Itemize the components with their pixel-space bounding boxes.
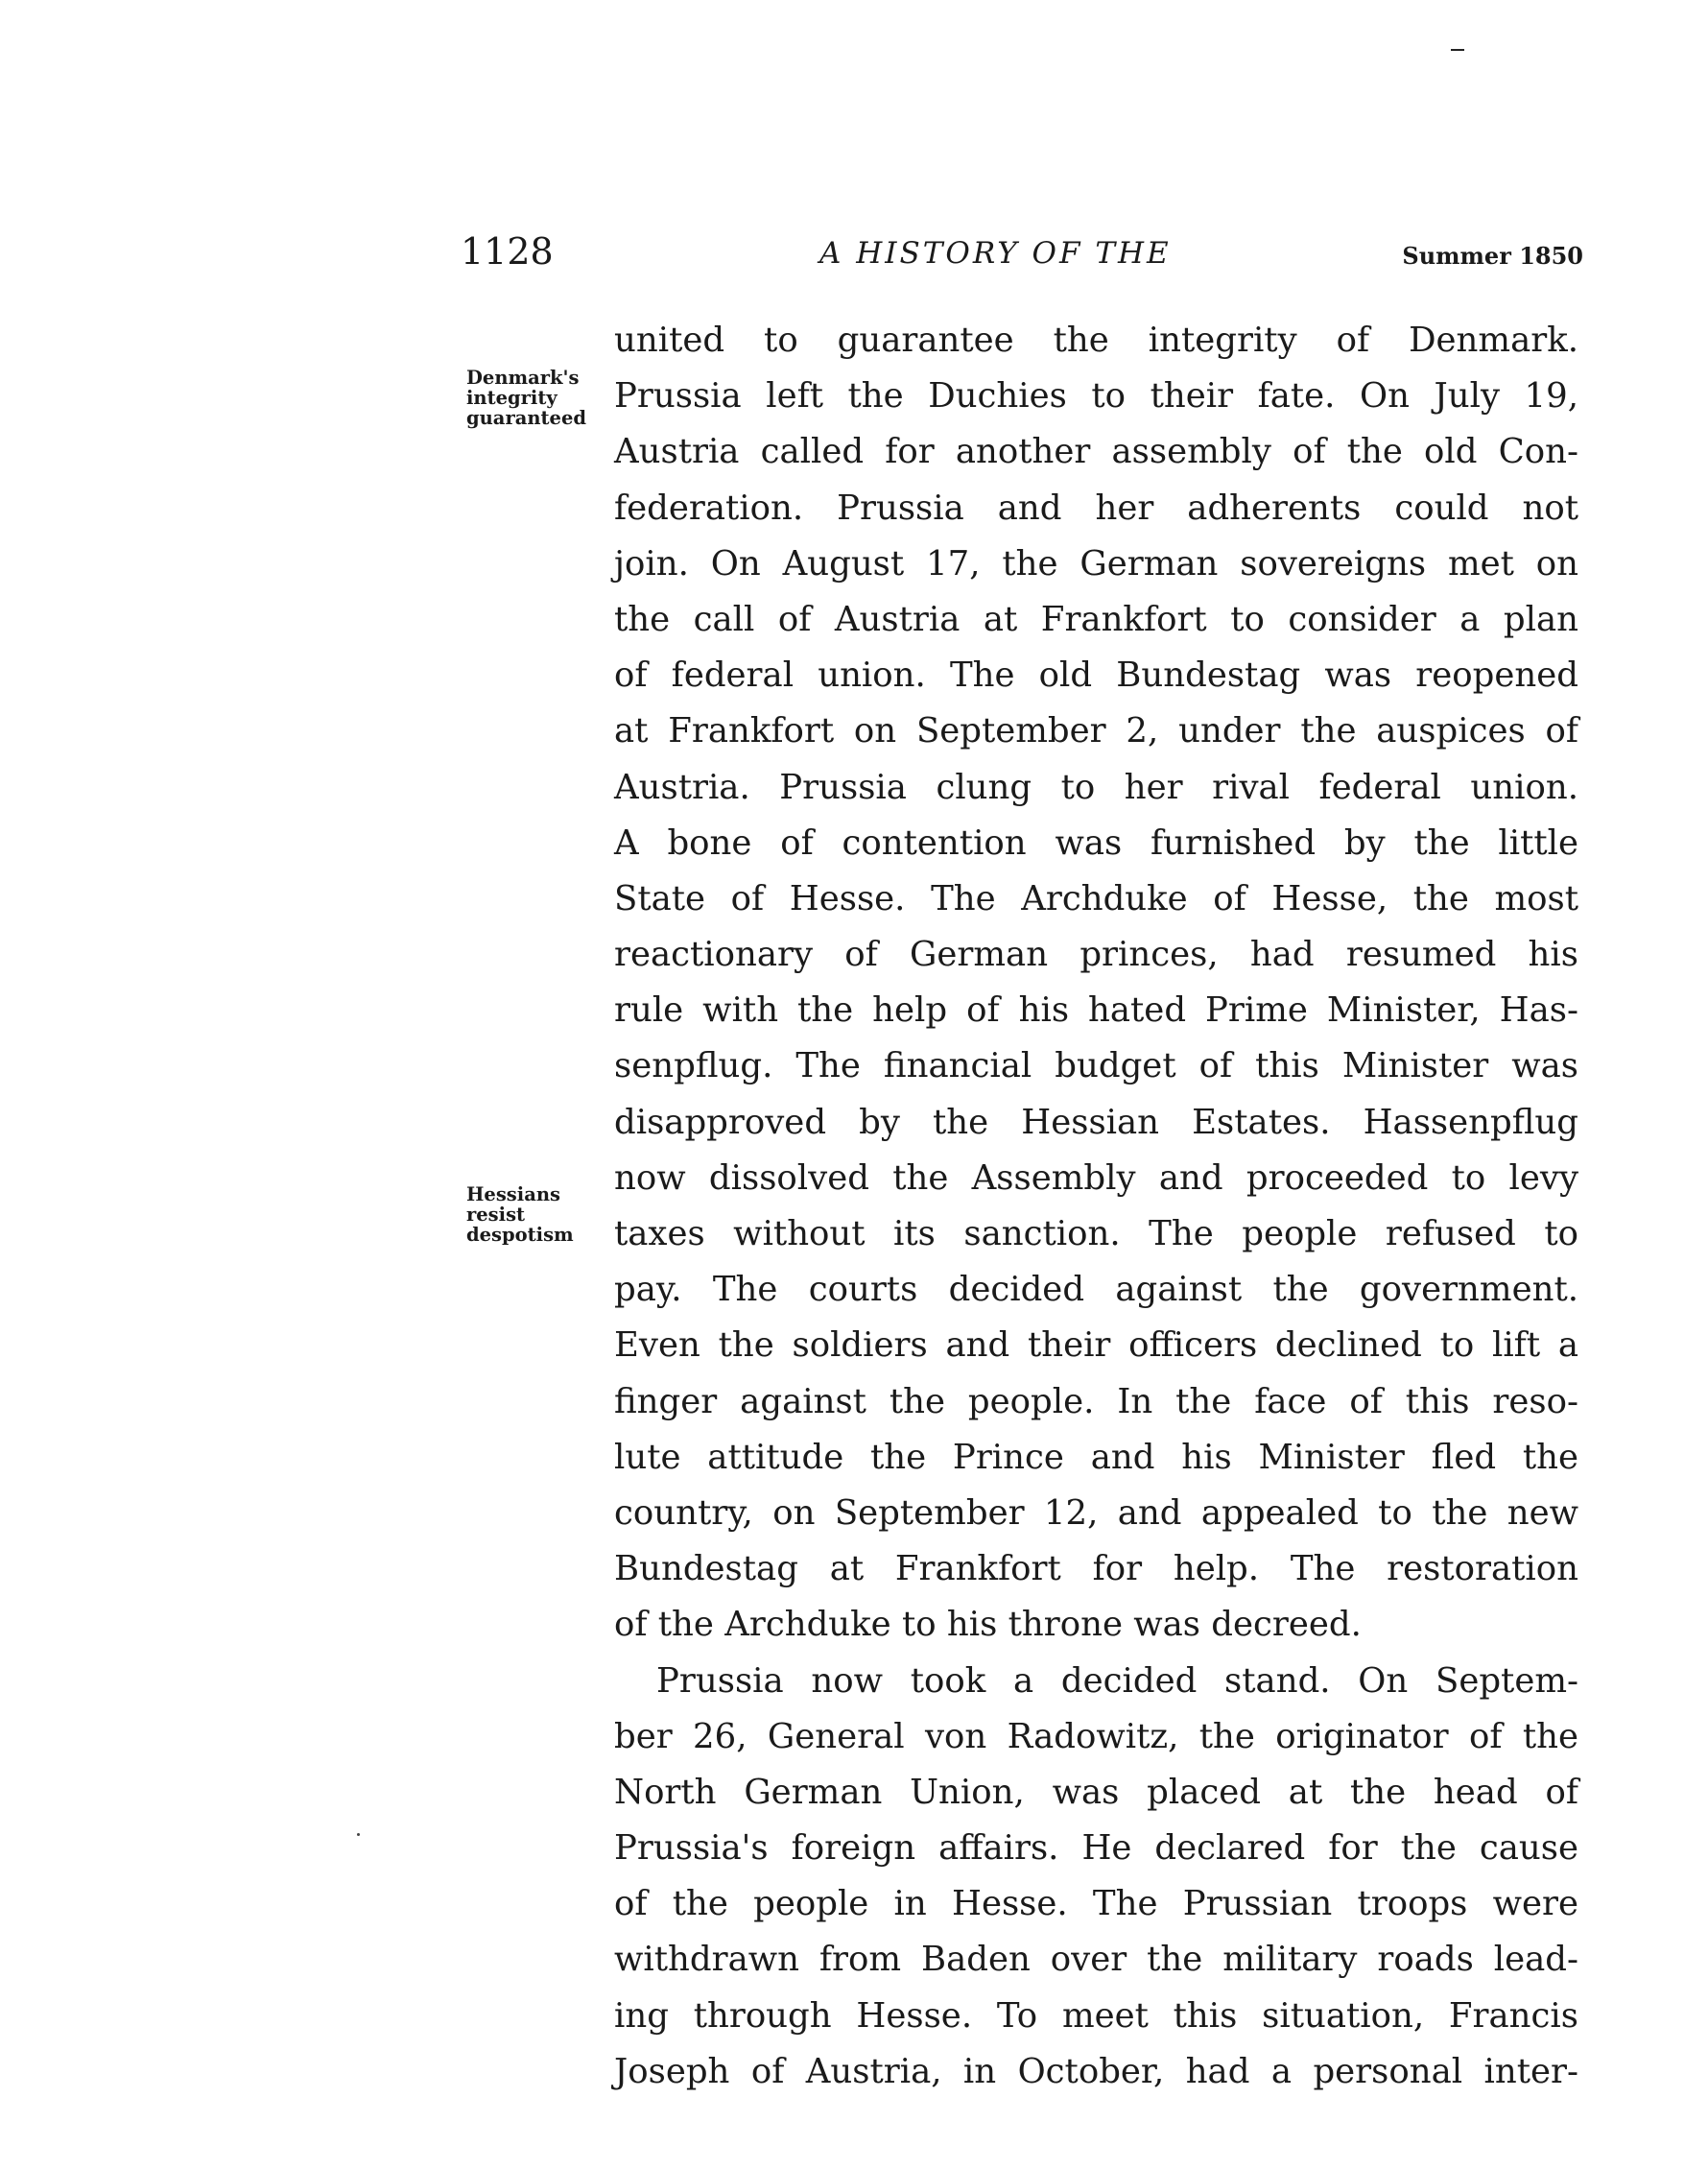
text-line: Joseph of Austria, in October, had a per… (614, 2044, 1578, 2100)
page-number: 1128 (461, 230, 554, 273)
text-line: at Frankfort on September 2, under the a… (614, 703, 1578, 759)
ink-speck (357, 1833, 360, 1836)
text-line: united to guarantee the integrity of Den… (614, 313, 1578, 369)
text-line: North German Union, was placed at the he… (614, 1765, 1578, 1821)
text-line: pay. The courts decided against the gove… (614, 1262, 1578, 1318)
page-header: 1128 A HISTORY OF THE Summer 1850 (461, 230, 1583, 278)
text-line: join. On August 17, the German sovereign… (614, 536, 1578, 592)
text-line: ber 26, General von Radowitz, the origin… (614, 1709, 1578, 1765)
text-line: Even the soldiers and their officers dec… (614, 1318, 1578, 1373)
text-line: finger against the people. In the face o… (614, 1374, 1578, 1430)
margin-note-line: Hessians (466, 1184, 574, 1204)
margin-note-line: resist (466, 1204, 574, 1225)
text-line: Prussia now took a decided stand. On Sep… (614, 1654, 1578, 1709)
margin-note-line: guaranteed (466, 408, 586, 428)
text-line: lute attitude the Prince and his Ministe… (614, 1430, 1578, 1486)
text-line: Bundestag at Frankfort for help. The res… (614, 1541, 1578, 1597)
margin-note-line: integrity (466, 388, 586, 408)
text-line: withdrawn from Baden over the military r… (614, 1932, 1578, 1988)
body-text: united to guarantee the integrity of Den… (614, 313, 1578, 2100)
text-line: the call of Austria at Frankfort to cons… (614, 592, 1578, 648)
running-title: A HISTORY OF THE (819, 236, 1172, 271)
text-line: reactionary of German princes, had resum… (614, 927, 1578, 983)
text-line: State of Hesse. The Archduke of Hesse, t… (614, 871, 1578, 927)
text-line: A bone of contention was furnished by th… (614, 816, 1578, 871)
text-line: Prussia left the Duchies to their fate. … (614, 369, 1578, 424)
text-line: disapproved by the Hessian Estates. Hass… (614, 1095, 1578, 1151)
text-line: Austria. Prussia clung to her rival fede… (614, 760, 1578, 816)
text-line: Austria called for another assembly of t… (614, 424, 1578, 480)
text-line: rule with the help of his hated Prime Mi… (614, 983, 1578, 1038)
text-line: federation. Prussia and her adherents co… (614, 481, 1578, 536)
text-line: of the Archduke to his throne was decree… (614, 1597, 1578, 1653)
text-line: Prussia's foreign affairs. He declared f… (614, 1821, 1578, 1876)
paragraph-1: united to guarantee the integrity of Den… (614, 313, 1578, 1654)
text-line: of federal union. The old Bundestag was … (614, 648, 1578, 703)
margin-note-line: despotism (466, 1225, 574, 1245)
text-line: senpflug. The financial budget of this M… (614, 1038, 1578, 1094)
margin-note-hessians: Hessians resist despotism (466, 1184, 574, 1245)
margin-note-line: Denmark's (466, 368, 586, 388)
text-line: country, on September 12, and appealed t… (614, 1486, 1578, 1541)
text-line: of the people in Hesse. The Prussian tro… (614, 1876, 1578, 1932)
text-line: now dissolved the Assembly and proceeded… (614, 1151, 1578, 1206)
margin-note-denmark: Denmark's integrity guaranteed (466, 368, 586, 428)
header-date: Summer 1850 (1402, 242, 1583, 270)
paragraph-2: Prussia now took a decided stand. On Sep… (614, 1654, 1578, 2101)
text-line: ing through Hesse. To meet this situatio… (614, 1989, 1578, 2044)
stray-mark (1451, 49, 1464, 51)
text-line: taxes without its sanction. The people r… (614, 1206, 1578, 1262)
